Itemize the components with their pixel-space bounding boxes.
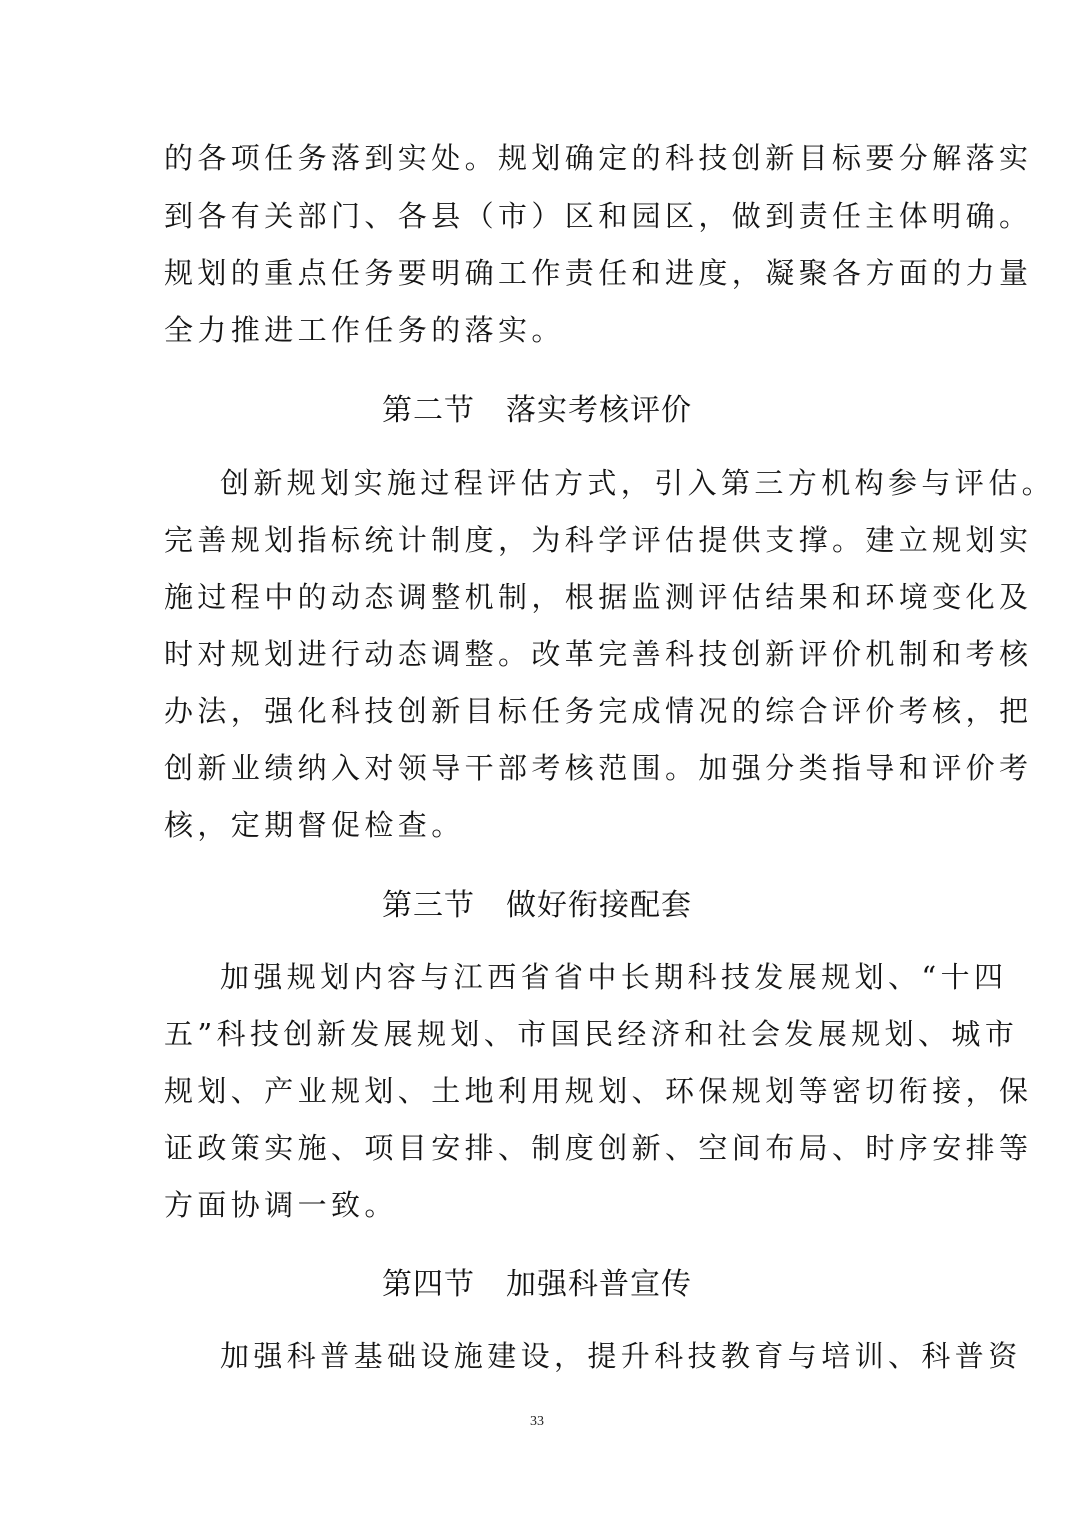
paragraph-line: 的各项任务落到实处。规划确定的科技创新目标要分解落实 [164,141,914,175]
paragraph-line: 施过程中的动态调整机制，根据监测评估结果和环境变化及 [164,580,914,614]
section-heading: 第四节 加强科普宣传 [0,1267,1074,1303]
paragraph-line: 全力推进工作任务的落实。 [164,313,914,347]
document-page: 的各项任务落到实处。规划确定的科技创新目标要分解落实 到各有关部门、各县（市）区… [0,0,1074,1520]
paragraph-line: 办法，强化科技创新目标任务完成情况的综合评价考核，把 [164,694,914,728]
paragraph-line: 加强科普基础设施建设，提升科技教育与培训、科普资 [220,1339,920,1373]
paragraph-line: 到各有关部门、各县（市）区和园区，做到责任主体明确。 [164,199,914,233]
section-heading: 第二节 落实考核评价 [0,393,1074,429]
paragraph-line: 规划的重点任务要明确工作责任和进度，凝聚各方面的力量 [164,256,914,290]
paragraph-line: 完善规划指标统计制度，为科学评估提供支撑。建立规划实 [164,523,914,557]
paragraph-line: 核，定期督促检查。 [164,808,914,842]
page-number: 33 [0,1414,1074,1430]
paragraph-line: 方面协调一致。 [164,1188,914,1222]
paragraph-line: 创新规划实施过程评估方式，引入第三方机构参与评估。 [220,466,920,500]
section-heading: 第三节 做好衔接配套 [0,888,1074,924]
paragraph-line: 加强规划内容与江西省省中长期科技发展规划、“十四 [220,960,920,994]
paragraph-line: 五”科技创新发展规划、市国民经济和社会发展规划、城市 [164,1017,914,1051]
paragraph-line: 时对规划进行动态调整。改革完善科技创新评价机制和考核 [164,637,914,671]
paragraph-line: 创新业绩纳入对领导干部考核范围。加强分类指导和评价考 [164,751,914,785]
paragraph-line: 规划、产业规划、土地利用规划、环保规划等密切衔接，保 [164,1074,914,1108]
paragraph-line: 证政策实施、项目安排、制度创新、空间布局、时序安排等 [164,1131,914,1165]
